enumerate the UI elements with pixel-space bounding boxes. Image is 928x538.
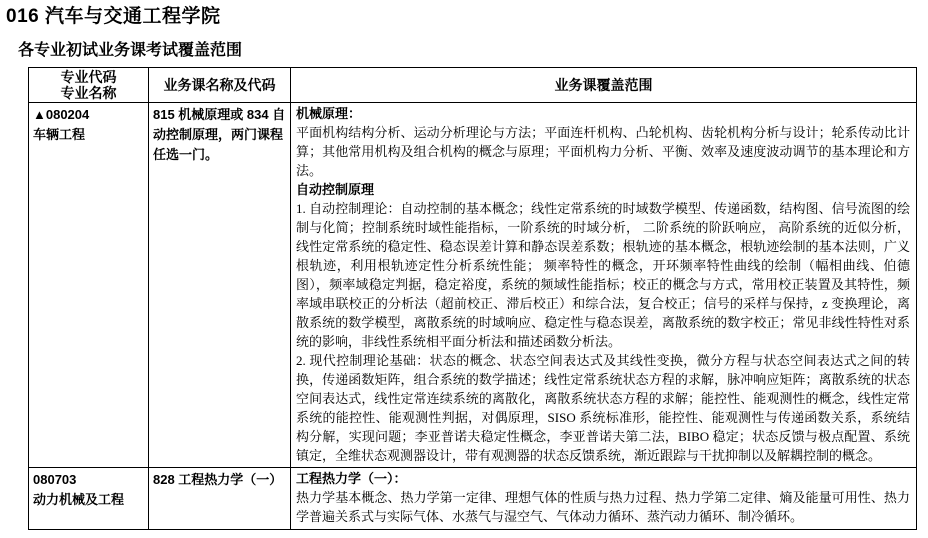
coverage-paragraph: 1. 自动控制理论：自动控制的基本概念；线性定常系统的时域数学模型、传递函数，结… [296,199,910,351]
coverage-cell: 工程热力学（一）： 热力学基本概念、热力学第一定律、理想气体的性质与热力过程、热… [291,468,917,530]
major-name: 动力机械及工程 [33,490,144,510]
header-coverage-scope: 业务课覆盖范围 [291,68,917,103]
header-major-name-line2: 专业名称 [31,85,146,101]
coverage-paragraph: 平面机构结构分析、运动分析理论与方法；平面连杆机构、凸轮机构、齿轮机构分析与设计… [296,123,910,180]
exam-coverage-table: 专业代码 专业名称 业务课名称及代码 业务课覆盖范围 ▲080204 车辆工程 … [28,67,917,530]
header-major-code-line1: 专业代码 [31,69,146,85]
table-header-row: 专业代码 专业名称 业务课名称及代码 业务课覆盖范围 [29,68,917,103]
major-code: ▲080204 [33,105,144,125]
header-major-code-name: 专业代码 专业名称 [29,68,149,103]
page-title: 016 汽车与交通工程学院 [6,6,928,28]
course-cell: 828 工程热力学（一） [149,468,291,530]
coverage-heading: 工程热力学（一）： [296,469,910,488]
major-name: 车辆工程 [33,125,144,145]
course-cell: 815 机械原理或 834 自动控制原理，两门课程任选一门。 [149,103,291,468]
section-subtitle: 各专业初试业务课考试覆盖范围 [18,42,928,60]
coverage-heading: 机械原理： [296,104,910,123]
major-code: 080703 [33,470,144,490]
major-cell: ▲080204 车辆工程 [29,103,149,468]
header-course-name-code: 业务课名称及代码 [149,68,291,103]
coverage-paragraph: 热力学基本概念、热力学第一定律、理想气体的性质与热力过程、热力学第二定律、熵及能… [296,488,910,526]
table-row-vehicle-engineering: ▲080204 车辆工程 815 机械原理或 834 自动控制原理，两门课程任选… [29,103,917,468]
major-cell: 080703 动力机械及工程 [29,468,149,530]
document-page: 016 汽车与交通工程学院 各专业初试业务课考试覆盖范围 专业代码 专业名称 业… [0,6,928,530]
coverage-heading: 自动控制原理 [296,180,910,199]
coverage-paragraph: 2. 现代控制理论基础：状态的概念、状态空间表达式及其线性变换，微分方程与状态空… [296,351,910,465]
coverage-cell: 机械原理： 平面机构结构分析、运动分析理论与方法；平面连杆机构、凸轮机构、齿轮机… [291,103,917,468]
table-row-power-machinery: 080703 动力机械及工程 828 工程热力学（一） 工程热力学（一）： 热力… [29,468,917,530]
